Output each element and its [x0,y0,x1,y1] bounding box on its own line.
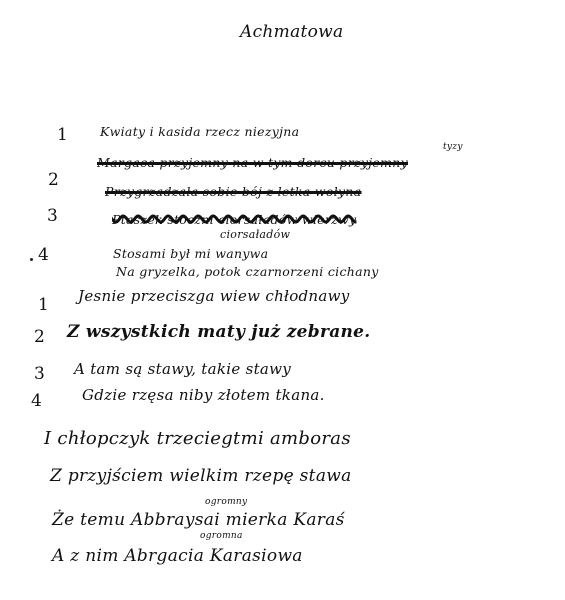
line-number: 4 [38,245,49,265]
draft-line: Margaca przyjemny na w tym dorcu przyjem… [97,155,408,170]
line-number: 4 [31,391,42,411]
draft-line: Kwiaty i kasida rzecz niezyjna [100,124,299,139]
draft-line: Ptaszek stoczni ciorsaładów wierzwy [112,212,356,227]
margin-dot [30,258,33,261]
struck-text: Ptaszek stoczni ciorsaładów wierzwy [112,212,356,227]
struck-text: Przygrzadzała sobie bój z letka wołyna [105,184,361,199]
line-number: 1 [57,125,68,145]
interlinear-note: ogromna [200,531,243,541]
line-number: 3 [47,206,58,226]
interlinear-note: ciorsaładów [220,228,290,241]
line-number: 2 [34,327,45,347]
struck-text: Margaca przyjemny na w tym dorcu przyjem… [97,155,408,170]
draft-line: Przygrzadzała sobie bój z letka wołyna [105,184,361,199]
revised-line: Gdzie rzęsa niby złotem tkana. [82,386,325,404]
final-line: I chłopczyk trzeciegtmi amboras [44,428,351,449]
final-line: Z przyjściem wielkim rzepę stawa [50,466,352,486]
line-number: 3 [34,364,45,384]
page-title: Achmatowa [240,22,343,42]
draft-line: Stosami był mi wanywa [113,246,268,261]
manuscript-page: Achmatowa 1 Kwiaty i kasida rzecz niezyj… [0,0,565,600]
final-line: Że temu Abbraysai mierka Karaś [52,510,345,530]
line-number: 1 [38,295,49,315]
revised-line: Jesnie przeciszga wiew chłodnawy [78,287,350,305]
line-number: 2 [48,170,59,190]
revised-line: A tam są stawy, takie stawy [74,360,291,378]
final-line: A z nim Abrgacia Karasiowa [52,546,303,566]
draft-line: Na gryzelka, potok czarnorzeni cichany [116,264,379,279]
interlinear-note: ogromny [205,497,247,507]
interlinear-note: tyzy [443,142,463,152]
revised-line: Z wszystkich maty już zebrane. [67,322,371,342]
